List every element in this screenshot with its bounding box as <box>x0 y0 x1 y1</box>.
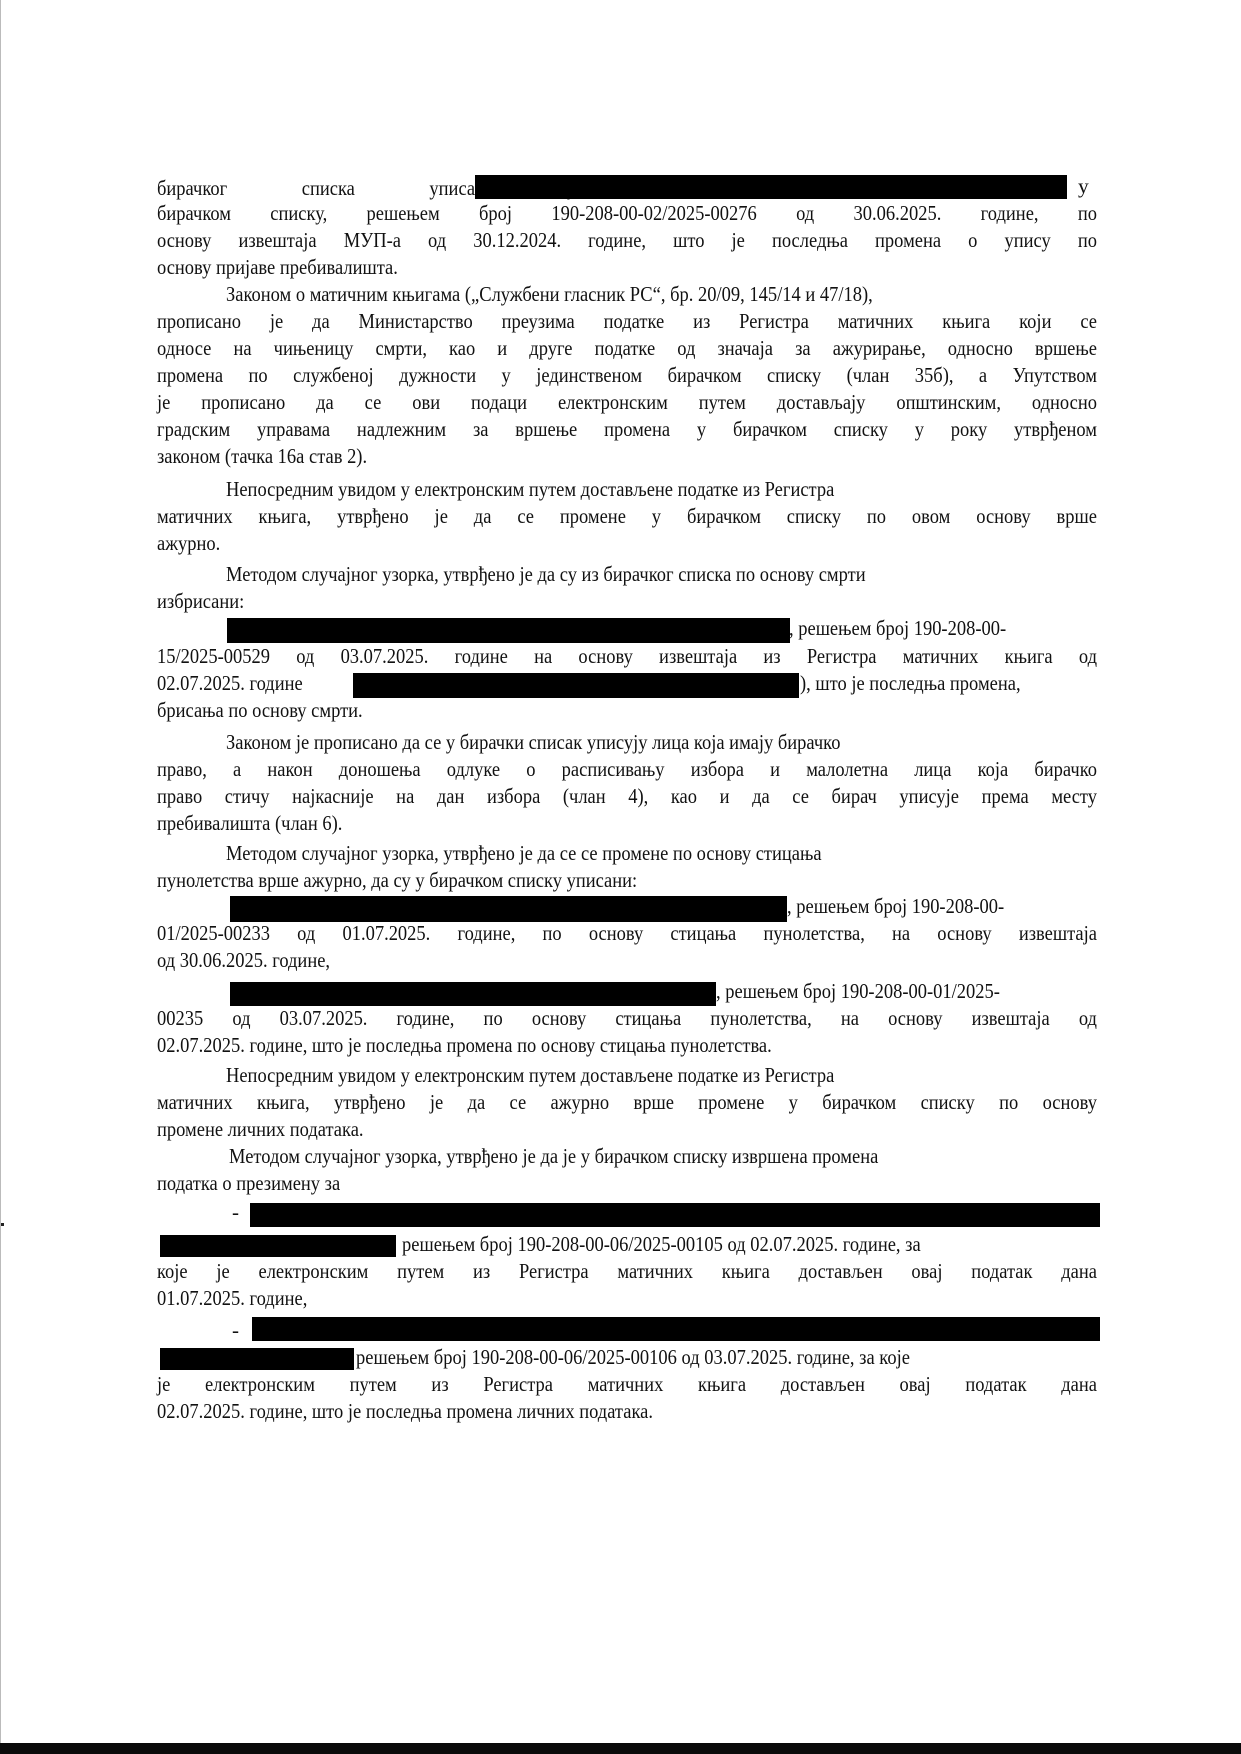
text: брисања по основу смрти. <box>157 697 363 724</box>
text: 01/2025-00233 од 01.07.2025. године, по … <box>157 920 1097 947</box>
text: промене личних података. <box>157 1116 364 1143</box>
text: , решењем број 190-208-00-01/2025- <box>716 978 1000 1005</box>
text: податка о презимену за <box>157 1170 340 1197</box>
text: је прописано да се ови подаци електронск… <box>157 389 1097 416</box>
redaction-bar <box>160 1235 396 1257</box>
scan-left-edge <box>0 0 1 1754</box>
text: је електронским путем из Регистра матичн… <box>157 1371 1097 1398</box>
text-line: Непосредним увидом у електронским путем … <box>226 476 1034 503</box>
text: 02.07.2025. године, што је последња пром… <box>157 1398 653 1425</box>
text-line: 02.07.2025. године, што је последња пром… <box>157 1398 965 1425</box>
redaction-bar <box>160 1348 354 1370</box>
text-line: матичних књига, утврђено је да се ажурно… <box>157 1089 1097 1116</box>
text-line: избрисани: <box>157 588 965 615</box>
text-line: Законом је прописано да се у бирачки спи… <box>226 729 1034 756</box>
scanned-document-page: бирачког списка уписана је у бирачком сп… <box>0 0 1241 1754</box>
word: у <box>1078 173 1089 200</box>
scan-artifact <box>1 1223 4 1226</box>
text: право, а након доношења одлуке о расписи… <box>157 756 1097 783</box>
text-line: Непосредним увидом у електронским путем … <box>226 1062 1034 1089</box>
text: Непосредним увидом у електронским путем … <box>226 476 834 503</box>
text-line: од 30.06.2025. године, <box>157 947 965 974</box>
text-line: прописано је да Министарство преузима по… <box>157 308 1097 335</box>
text-line: 01.07.2025. године, <box>157 1285 965 1312</box>
text-line: , решењем број 190-208-00- <box>789 615 1064 642</box>
text-line: градским управама надлежним за вршење пр… <box>157 416 1097 443</box>
text-line: 15/2025-00529 од 03.07.2025. године на о… <box>157 643 1097 670</box>
text-line: , решењем број 190-208-00-01/2025- <box>716 978 1103 1005</box>
text: Методом случајног узорка, утврђено је да… <box>226 840 822 867</box>
text: избрисани: <box>157 588 244 615</box>
text-line: Методом случајног узорка, утврђено је да… <box>229 1143 1037 1170</box>
text: , решењем број 190-208-00- <box>789 615 1006 642</box>
redaction-bar <box>250 1203 1100 1227</box>
text-line: Методом случајног узорка, утврђено је да… <box>226 561 1034 588</box>
text: промена по службеној дужности у јединств… <box>157 362 1097 389</box>
text-line: бирачком списку, решењем број 190-208-00… <box>157 200 1097 227</box>
text: основу извештаја МУП-а од 30.12.2024. го… <box>157 227 1097 254</box>
redaction-bar <box>252 1317 1100 1341</box>
text-line: , решењем број 190-208-00- <box>787 893 1062 920</box>
text: пребивалишта (члан 6). <box>157 810 342 837</box>
redaction-bar <box>230 896 787 922</box>
redaction-bar <box>475 175 1067 199</box>
text-line: 00235 од 03.07.2025. године, по основу с… <box>157 1005 1097 1032</box>
text-line: решењем број 190-208-00-06/2025-00106 од… <box>356 1344 995 1371</box>
text-line: брисања по основу смрти. <box>157 697 965 724</box>
redaction-bar <box>353 673 799 698</box>
text: 02.07.2025. године <box>157 670 303 697</box>
text-line: пунолетства врше ажурно, да су у бирачко… <box>157 867 965 894</box>
text: 00235 од 03.07.2025. године, по основу с… <box>157 1005 1097 1032</box>
text: Законом је прописано да се у бирачки спи… <box>226 729 840 756</box>
text: право стичу најкасније на дан избора (чл… <box>157 783 1097 810</box>
text-line: пребивалишта (члан 6). <box>157 810 965 837</box>
text-line: у <box>1078 173 1098 200</box>
text: пунолетства врше ажурно, да су у бирачко… <box>157 867 637 894</box>
text-line: ), што је последња промена, <box>800 670 1092 697</box>
text-line: право, а након доношења одлуке о расписи… <box>157 756 1097 783</box>
text: основу пријаве пребивалишта. <box>157 254 398 281</box>
bullet-dash: - <box>232 1318 239 1343</box>
text: Непосредним увидом у електронским путем … <box>226 1062 834 1089</box>
text-line: законом (тачка 16а став 2). <box>157 443 965 470</box>
text-line: ажурно. <box>157 530 965 557</box>
word: бирачког <box>157 176 227 200</box>
text: 01.07.2025. године, <box>157 1285 307 1312</box>
text: , решењем број 190-208-00- <box>787 893 1004 920</box>
text: решењем број 190-208-00-06/2025-00105 од… <box>402 1231 921 1258</box>
redaction-bar <box>230 982 716 1006</box>
text: 02.07.2025. године, што је последња пром… <box>157 1032 772 1059</box>
text: које је електронским путем из Регистра м… <box>157 1258 1097 1285</box>
redaction-bar <box>227 618 790 643</box>
text-line: промена по службеној дужности у јединств… <box>157 362 1097 389</box>
word: списка <box>302 176 355 200</box>
text-line: је електронским путем из Регистра матичн… <box>157 1371 1097 1398</box>
text: законом (тачка 16а став 2). <box>157 443 367 470</box>
text-line: основу извештаја МУП-а од 30.12.2024. го… <box>157 227 1097 254</box>
text-line: односе на чињеницу смрти, као и друге по… <box>157 335 1097 362</box>
text: решењем број 190-208-00-06/2025-00106 од… <box>356 1344 910 1371</box>
text-line: је прописано да се ови подаци електронск… <box>157 389 1097 416</box>
text-line: промене личних података. <box>157 1116 965 1143</box>
scan-bottom-edge <box>0 1743 1241 1754</box>
text: матичних књига, утврђено је да се ажурно… <box>157 1089 1097 1116</box>
text-line: податка о презимену за <box>157 1170 965 1197</box>
text: ажурно. <box>157 530 220 557</box>
text: ), што је последња промена, <box>800 670 1021 697</box>
text: односе на чињеницу смрти, као и друге по… <box>157 335 1097 362</box>
text: бирачком списку, решењем број 190-208-00… <box>157 200 1097 227</box>
text: Методом случајног узорка, утврђено је да… <box>229 1143 878 1170</box>
text-line: 02.07.2025. године, што је последња пром… <box>157 1032 965 1059</box>
text-line: 01/2025-00233 од 01.07.2025. године, по … <box>157 920 1097 947</box>
text: 15/2025-00529 од 03.07.2025. године на о… <box>157 643 1097 670</box>
text-line: које је електронским путем из Регистра м… <box>157 1258 1097 1285</box>
text-line: решењем број 190-208-00-06/2025-00105 од… <box>402 1231 1000 1258</box>
text-line: Законом о матичним књигама („Службени гл… <box>226 281 1034 308</box>
text-line: матичних књига, утврђено је да се промен… <box>157 503 1097 530</box>
text-line: право стичу најкасније на дан избора (чл… <box>157 783 1097 810</box>
text-line: основу пријаве пребивалишта. <box>157 254 965 281</box>
text: градским управама надлежним за вршење пр… <box>157 416 1097 443</box>
text-line: Методом случајног узорка, утврђено је да… <box>226 840 1034 867</box>
bullet-dash: - <box>232 1200 239 1225</box>
text: матичних књига, утврђено је да се промен… <box>157 503 1097 530</box>
text: од 30.06.2025. године, <box>157 947 330 974</box>
text: прописано је да Министарство преузима по… <box>157 308 1097 335</box>
text: Методом случајног узорка, утврђено је да… <box>226 561 866 588</box>
text: Законом о матичним књигама („Службени гл… <box>226 281 873 308</box>
